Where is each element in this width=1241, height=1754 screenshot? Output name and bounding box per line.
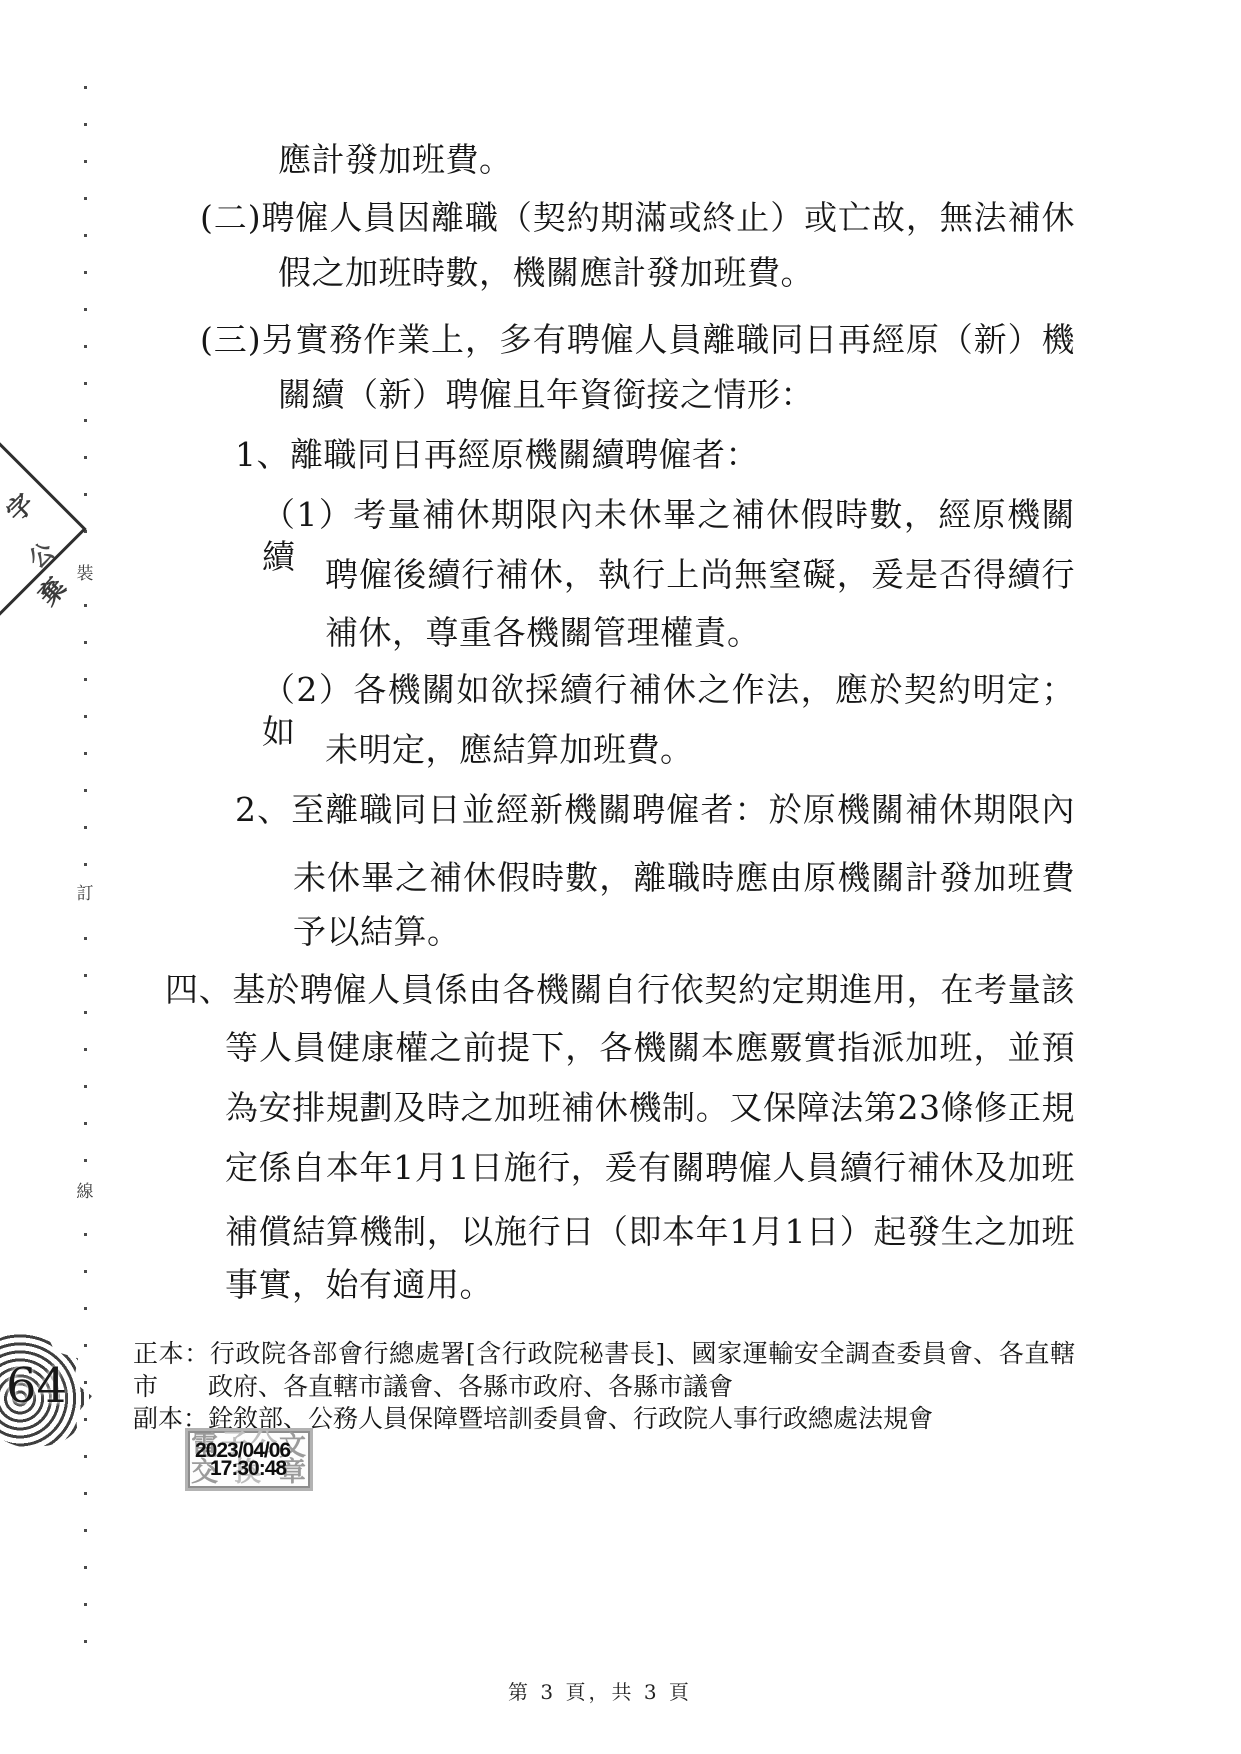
- body-text-line: 事實，始有適用。: [225, 1264, 493, 1306]
- body-text-line: 應計發加班費。: [278, 139, 513, 181]
- body-text-line: 四、基於聘僱人員係由各機關自行依契約定期進用，在考量該: [165, 969, 1075, 1011]
- body-text-line: 2、至離職同日並經新機關聘僱者：於原機關補休期限內: [235, 789, 1075, 831]
- body-text-line: 關續（新）聘僱且年資銜接之情形：: [278, 374, 814, 416]
- recipient-original-line: 政府、各直轄市議會、各縣市政府、各縣市議會: [208, 1370, 733, 1403]
- body-text-line: 1、離職同日再經原機關續聘僱者：: [235, 434, 759, 476]
- body-text-line: 聘僱後續行補休，執行上尚無窒礙，爰是否得續行: [325, 554, 1075, 596]
- body-text-line: (二)聘僱人員因離職（契約期滿或終止）或亡故，無法補休: [200, 197, 1075, 239]
- archive-number: 64: [6, 1358, 67, 1414]
- body-text-line: 未明定，應結算加班費。: [325, 729, 694, 771]
- body-text-line: 定係自本年1月1日施行，爰有關聘僱人員續行補休及加班: [225, 1147, 1075, 1189]
- binding-dotted-line: [84, 86, 87, 1666]
- binding-mark-xian: 線: [73, 1180, 97, 1205]
- body-text-line: 假之加班時數，機關應計發加班費。: [278, 252, 814, 294]
- body-text-line: 未休畢之補休假時數，離職時應由原機關計發加班費: [293, 857, 1075, 899]
- binding-mark-zhuang: 裝: [73, 562, 97, 587]
- body-text-line: 補休，尊重各機關管理權責。: [325, 612, 761, 654]
- body-text-line: 補償結算機制，以施行日（即本年1月1日）起發生之加班: [225, 1211, 1075, 1253]
- page-number-footer: 第 3 頁，共 3 頁: [440, 1676, 760, 1705]
- body-text-line: 予以結算。: [293, 911, 461, 953]
- exchange-stamp-time: 17:30:48: [210, 1458, 286, 1479]
- body-text-line: 為安排規劃及時之加班補休機制。又保障法第23條修正規: [225, 1087, 1075, 1129]
- document-page: 裝 訂 線 字 公 棄 64 應計發加班費。 (二)聘僱人員因離職（契約期滿或終…: [0, 0, 1241, 1754]
- electronic-exchange-stamp: 電 子 公 文 交 換 章 2023/04/06 17:30:48: [185, 1428, 313, 1491]
- binding-mark-ding: 訂: [73, 882, 97, 907]
- body-text-line: (三)另實務作業上，多有聘僱人員離職同日再經原（新）機: [200, 319, 1075, 361]
- body-text-line: 等人員健康權之前提下，各機關本應覈實指派加班，並預: [225, 1027, 1075, 1069]
